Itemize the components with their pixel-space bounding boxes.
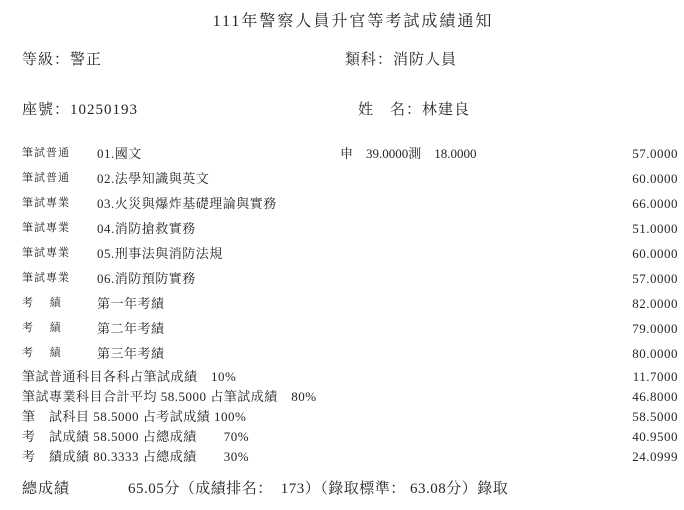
- subject-name: 01.國文: [97, 141, 142, 166]
- seat-number-label: 座號：: [22, 102, 70, 118]
- subject-row: 考 績 第二年考績 79.0000: [0, 316, 684, 341]
- subject-row: 筆試專業 03.火災與爆炸基礎理論與實務 66.0000: [0, 191, 684, 216]
- subject-score: 80.0000: [632, 341, 678, 366]
- total-score-value: 65.05分（成績排名： 173）（錄取標準： 63.08分）錄取: [128, 477, 508, 501]
- summary-score: 40.9500: [632, 427, 678, 447]
- subject-name: 02.法學知識與英文: [97, 166, 209, 191]
- subject-score: 51.0000: [632, 216, 678, 241]
- total-score-label: 總成績: [22, 477, 70, 501]
- subject-score: 57.0000: [632, 266, 678, 291]
- subject-category: 筆試普通: [22, 166, 70, 191]
- subject-score: 82.0000: [632, 291, 678, 316]
- document-title: 111年警察人員升官等考試成績通知: [22, 8, 684, 31]
- grade-label: 等級：: [22, 52, 70, 68]
- summary-score: 46.8000: [632, 387, 678, 407]
- summary-row: 筆試專業科目合計平均 58.5000 占筆試成績 80% 46.8000: [0, 387, 684, 407]
- category-field: 類科：消防人員: [345, 48, 457, 69]
- subject-row: 考 績 第三年考績 80.0000: [0, 341, 684, 366]
- subject-name: 第一年考績: [97, 291, 165, 316]
- subject-category: 考 績: [22, 316, 62, 341]
- name-field: 姓 名：林建良: [358, 98, 470, 119]
- category-value: 消防人員: [393, 52, 457, 68]
- summary-row: 筆試普通科目各科占筆試成績 10% 11.7000: [0, 367, 684, 387]
- seat-number-field: 座號：10250193: [22, 98, 138, 119]
- total-score-row: 總成績 65.05分（成績排名： 173）（錄取標準： 63.08分）錄取: [0, 477, 684, 501]
- subject-category: 筆試普通: [22, 141, 70, 166]
- exam-score-notice: 111年警察人員升官等考試成績通知 等級：警正 類科：消防人員 座號：10250…: [0, 0, 684, 510]
- summary-row: 考 試成績 58.5000 占總成績 70% 40.9500: [0, 427, 684, 447]
- summary-label: 考 試成績 58.5000 占總成績 70%: [22, 427, 249, 447]
- subject-row: 筆試專業 04.消防搶救實務 51.0000: [0, 216, 684, 241]
- subject-category: 考 績: [22, 291, 62, 316]
- subject-category: 筆試專業: [22, 191, 70, 216]
- subject-score: 60.0000: [632, 166, 678, 191]
- subject-name: 06.消防預防實務: [97, 266, 196, 291]
- subject-score: 57.0000: [632, 141, 678, 166]
- subject-row: 考 績 第一年考績 82.0000: [0, 291, 684, 316]
- subject-category: 筆試專業: [22, 216, 70, 241]
- subject-score: 79.0000: [632, 316, 678, 341]
- subject-row: 筆試普通 01.國文 申 39.0000測 18.0000 57.0000: [0, 141, 684, 166]
- summary-score: 24.0999: [632, 447, 678, 467]
- subject-detail: 申 39.0000測 18.0000: [340, 141, 477, 166]
- subject-score: 66.0000: [632, 191, 678, 216]
- grade-field: 等級：警正: [22, 48, 102, 69]
- subject-category: 筆試專業: [22, 241, 70, 266]
- summary-row: 筆 試科目 58.5000 占考試成績 100% 58.5000: [0, 407, 684, 427]
- name-value: 林建良: [422, 102, 470, 118]
- subject-name: 第三年考績: [97, 341, 165, 366]
- subject-row: 筆試專業 06.消防預防實務 57.0000: [0, 266, 684, 291]
- subject-name: 第二年考績: [97, 316, 165, 341]
- subject-score: 60.0000: [632, 241, 678, 266]
- summary-label: 考 績成績 80.3333 占總成績 30%: [22, 447, 249, 467]
- summary-label: 筆試普通科目各科占筆試成績 10%: [22, 367, 236, 387]
- category-label: 類科：: [345, 52, 393, 68]
- subject-row: 筆試普通 02.法學知識與英文 60.0000: [0, 166, 684, 191]
- subject-row: 筆試專業 05.刑事法與消防法規 60.0000: [0, 241, 684, 266]
- subject-score-table: 筆試普通 01.國文 申 39.0000測 18.0000 57.0000 筆試…: [0, 141, 684, 366]
- score-summary-table: 筆試普通科目各科占筆試成績 10% 11.7000 筆試專業科目合計平均 58.…: [0, 367, 684, 467]
- summary-row: 考 績成績 80.3333 占總成績 30% 24.0999: [0, 447, 684, 467]
- summary-score: 58.5000: [632, 407, 678, 427]
- meta-row-grade-category: 等級：警正 類科：消防人員: [0, 48, 684, 70]
- subject-name: 05.刑事法與消防法規: [97, 241, 223, 266]
- subject-category: 筆試專業: [22, 266, 70, 291]
- summary-score: 11.7000: [633, 367, 678, 387]
- subject-name: 04.消防搶救實務: [97, 216, 196, 241]
- name-label: 姓 名：: [358, 102, 422, 118]
- grade-value: 警正: [70, 52, 102, 68]
- summary-label: 筆試專業科目合計平均 58.5000 占筆試成績 80%: [22, 387, 317, 407]
- summary-label: 筆 試科目 58.5000 占考試成績 100%: [22, 407, 246, 427]
- meta-row-seat-name: 座號：10250193 姓 名：林建良: [0, 98, 684, 120]
- seat-number-value: 10250193: [70, 102, 138, 118]
- subject-category: 考 績: [22, 341, 62, 366]
- subject-name: 03.火災與爆炸基礎理論與實務: [97, 191, 277, 216]
